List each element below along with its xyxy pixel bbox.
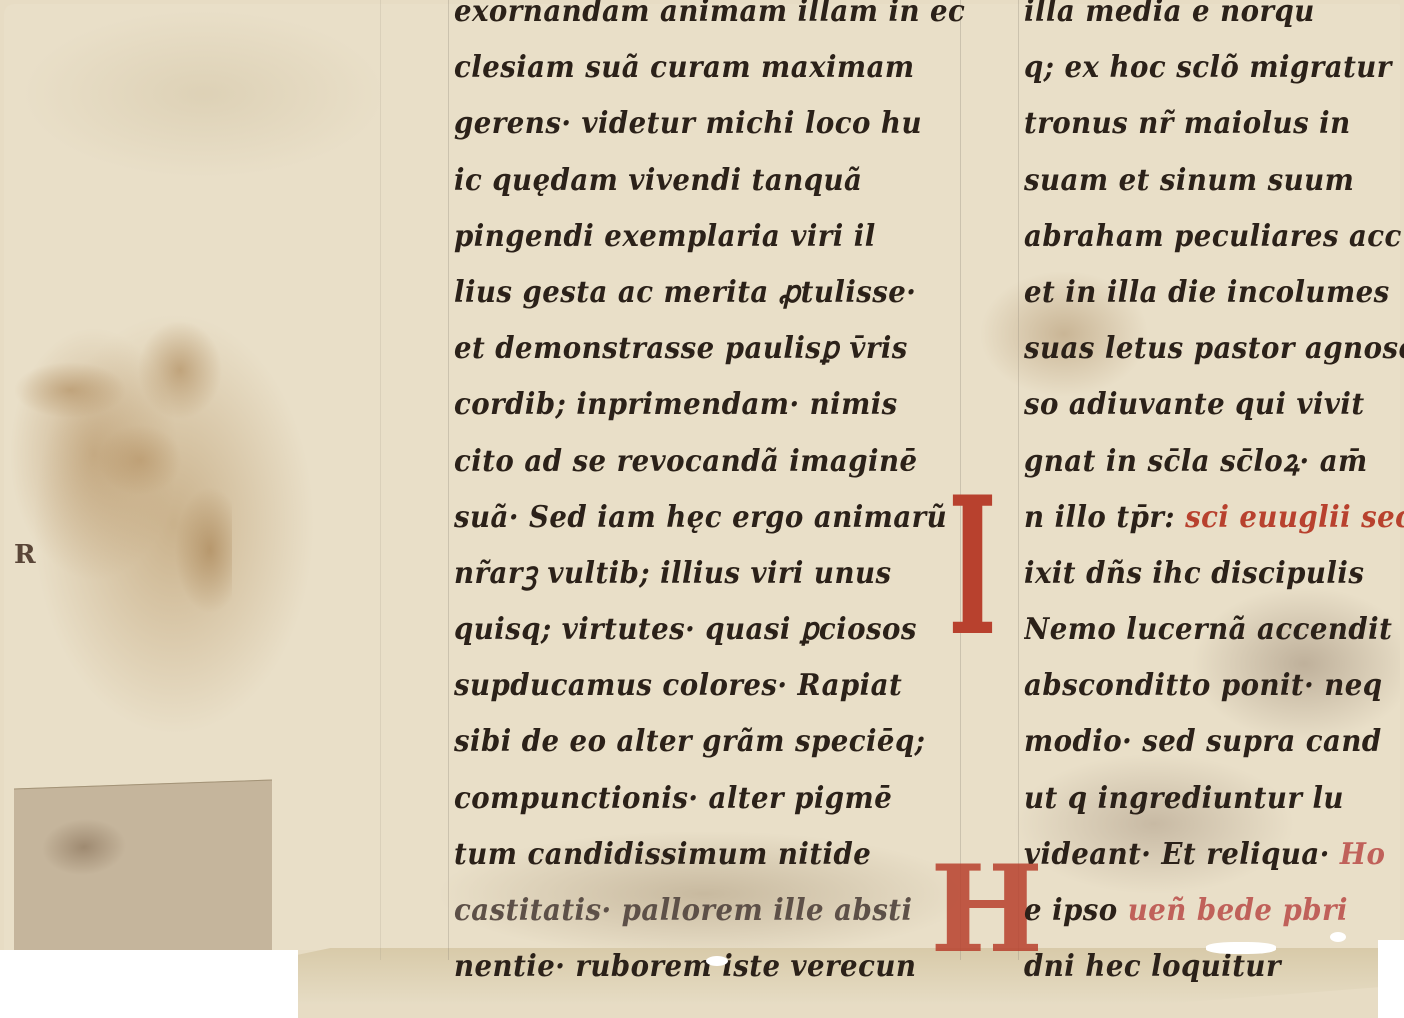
text-line: Nemo lucernã accendit — [1024, 602, 1374, 658]
text-line: q; ex hoc sclõ migratur — [1024, 40, 1374, 96]
text-line: ut q ingrediuntur lu — [1024, 771, 1374, 827]
torn-edge-gap — [0, 950, 298, 1018]
text-line: tum candidissimum nitide — [454, 827, 914, 883]
text-line: e ipso ueñ bede pbri — [1024, 883, 1374, 939]
text-line: cordib; inprimendam· nimis — [454, 377, 914, 433]
text-line: gerens· videtur michi loco hu — [454, 96, 914, 152]
ruling-line — [448, 0, 449, 960]
text-line: et demonstrasse paulisꝑ v̄ris — [454, 321, 914, 377]
text-line: clesiam suã curam maximam — [454, 40, 914, 96]
text-line: so adiuvante qui vivit — [1024, 377, 1374, 433]
text-line: nentie· ruborem iste verecun — [454, 939, 914, 995]
text-line: ixit dñs ihc discipulis — [1024, 546, 1374, 602]
text-line: n illo tp̄r: sci euuglii sec — [1024, 490, 1374, 546]
text-line: nr̃arꝫ vultib; illius viri unus — [454, 546, 914, 602]
text-line: dni hec loquitur — [1024, 939, 1374, 995]
text-line: compunctionis· alter pigmē — [454, 771, 914, 827]
text-line: pingendi exemplaria viri il — [454, 209, 914, 265]
water-stain — [10, 310, 232, 790]
text-segment: n illo tp̄r: — [1024, 500, 1175, 535]
parchment-hole — [1330, 932, 1346, 942]
ruling-line — [1018, 0, 1019, 960]
parchment-hole — [1206, 942, 1276, 954]
text-line: et in illa die incolumes — [1024, 265, 1374, 321]
text-line: videant· Et reliqua· Ho — [1024, 827, 1374, 883]
text-line: sibi de eo alter grãm speciēq; — [454, 714, 914, 770]
text-line: suam et sinum suum — [1024, 153, 1374, 209]
text-line: illa media e norqu — [1024, 0, 1374, 40]
text-line: lius gesta ac merita ꝓtulisse· — [454, 265, 914, 321]
text-line: modio· sed supra cand — [1024, 714, 1374, 770]
text-line: quisq; virtutes· quasi ꝑciosos — [454, 602, 914, 658]
text-line: suas letus pastor agnosc — [1024, 321, 1374, 377]
text-segment: e ipso — [1024, 893, 1118, 928]
text-line: absconditto ponit· neq — [1024, 658, 1374, 714]
repair-patch — [14, 779, 272, 961]
text-line: supducamus colores· Rapiat — [454, 658, 914, 714]
text-line: exornandam animam illam in ec — [454, 0, 914, 40]
parchment-hole — [706, 956, 728, 966]
text-segment: videant· Et reliqua· — [1024, 837, 1330, 872]
text-line: cito ad se revocandã imaginē — [454, 434, 914, 490]
text-line: suã· Sed iam hęc ergo animarũ — [454, 490, 914, 546]
text-line: ic quędam vivendi tanquã — [454, 153, 914, 209]
text-line: gnat in sc̄la sc̄loꝝ· am̄ — [1024, 434, 1374, 490]
rubric-text: sci euuglii sec — [1185, 500, 1404, 535]
text-column-right: illa media e norqu q; ex hoc sclõ migrat… — [1024, 0, 1404, 995]
text-line: tronus nr̃ maiolus in — [1024, 96, 1374, 152]
decorated-initial-i: I — [948, 472, 997, 662]
rubric-text: Ho — [1340, 837, 1385, 872]
ruling-line — [380, 0, 381, 960]
text-line: castitatis· pallorem ille absti — [454, 883, 914, 939]
manuscript-image: R exornandam animam illam in ec clesiam … — [0, 0, 1404, 1018]
text-line: abraham peculiares acc — [1024, 209, 1374, 265]
text-column-left: exornandam animam illam in ec clesiam su… — [454, 0, 954, 995]
torn-edge-gap — [1378, 940, 1404, 1018]
rubric-text: ueñ bede pbri — [1128, 893, 1348, 928]
margin-mark: R — [14, 540, 36, 570]
